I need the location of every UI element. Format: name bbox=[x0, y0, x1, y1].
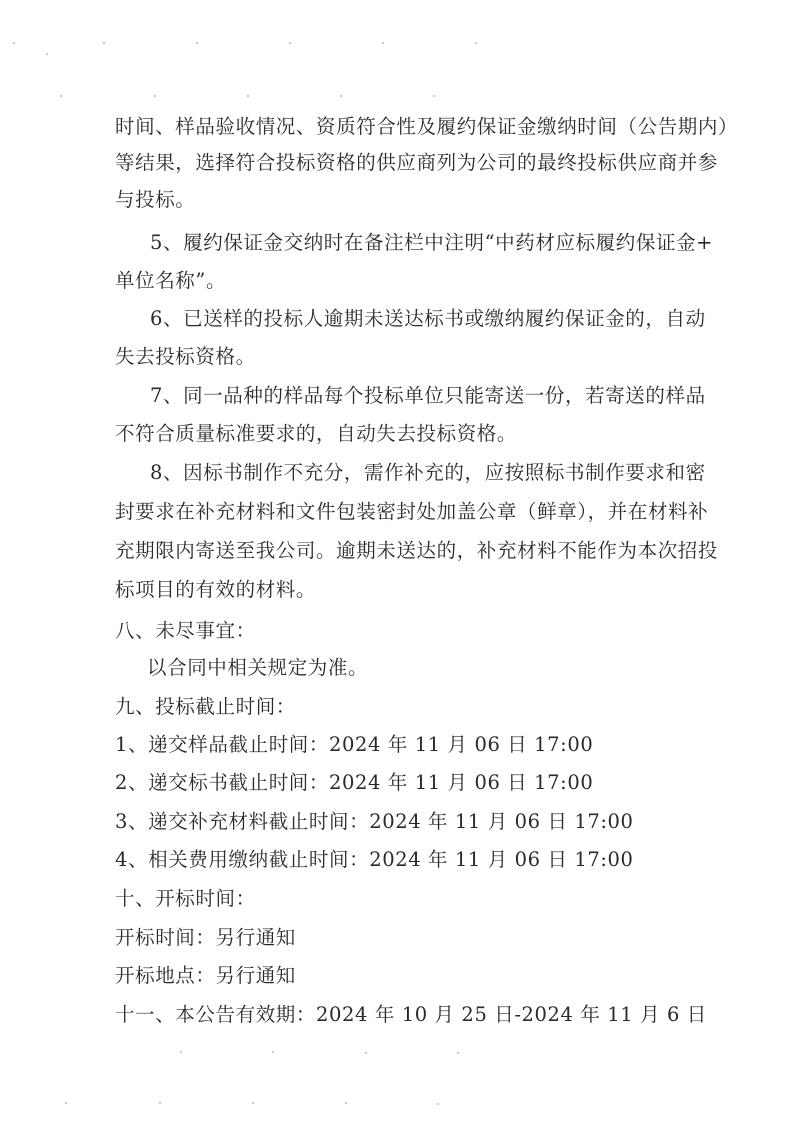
scan-speck bbox=[475, 42, 477, 44]
item-5-line-2: 单位名称”。 bbox=[115, 269, 675, 293]
item-8-line-4: 标项目的有效的材料。 bbox=[115, 578, 675, 602]
scan-speck bbox=[247, 95, 249, 97]
scan-speck bbox=[457, 1052, 459, 1054]
item-7-line-1: 7、同一品种的样品每个投标单位只能寄送一份，若寄送的样品 bbox=[150, 384, 675, 408]
item-8-line-1: 8、因标书制作不充分，需作补充的，应按照标书制作要求和密 bbox=[150, 461, 675, 485]
document-page: 时间、样品验收情况、资质符合性及履约保证金缴纳时间（公告期内） 等结果，选择符合… bbox=[0, 0, 793, 1122]
scan-speck bbox=[154, 95, 156, 97]
scan-speck bbox=[365, 1052, 367, 1054]
scan-speck bbox=[252, 1102, 254, 1104]
deadline-fees: 4、相关费用缴纳截止时间：2024 年 11 月 06 日 17:00 bbox=[115, 848, 675, 872]
scan-speck bbox=[13, 42, 15, 44]
scan-speck bbox=[180, 1051, 182, 1053]
scan-speck bbox=[437, 1103, 439, 1105]
section-11-validity-period: 十一、本公告有效期：2024 年 10 月 25 日-2024 年 11 月 6… bbox=[115, 1003, 675, 1027]
scan-speck bbox=[103, 42, 105, 44]
scan-speck bbox=[289, 42, 291, 44]
paragraph-continuation-line-1: 时间、样品验收情况、资质符合性及履约保证金缴纳时间（公告期内） bbox=[115, 115, 675, 139]
section-10-heading: 十、开标时间： bbox=[115, 887, 675, 911]
scan-speck bbox=[65, 1102, 67, 1104]
scan-speck bbox=[196, 42, 198, 44]
scan-speck bbox=[272, 1051, 274, 1053]
scan-speck bbox=[345, 1102, 347, 1104]
section-8-heading: 八、未尽事宜： bbox=[115, 619, 675, 643]
deadline-supplementary-materials: 3、递交补充材料截止时间：2024 年 11 月 06 日 17:00 bbox=[115, 810, 675, 834]
section-8-body: 以合同中相关规定为准。 bbox=[147, 656, 707, 680]
scan-speck bbox=[433, 95, 435, 97]
scan-speck bbox=[46, 53, 48, 55]
deadline-samples: 1、递交样品截止时间：2024 年 11 月 06 日 17:00 bbox=[115, 733, 675, 757]
scan-speck bbox=[159, 1102, 161, 1104]
item-6-line-2: 失去投标资格。 bbox=[115, 345, 675, 369]
item-7-line-2: 不符合质量标准要求的，自动失去投标资格。 bbox=[115, 422, 675, 446]
deadline-bid-documents: 2、递交标书截止时间：2024 年 11 月 06 日 17:00 bbox=[115, 771, 675, 795]
item-8-line-2: 封要求在补充材料和文件包装密封处加盖公章（鲜章），并在材料补 bbox=[115, 500, 675, 524]
item-6-line-1: 6、已送样的投标人逾期未送达标书或缴纳履约保证金的，自动 bbox=[150, 307, 675, 331]
scan-speck bbox=[340, 95, 342, 97]
scan-speck bbox=[60, 95, 62, 97]
scan-speck bbox=[382, 42, 384, 44]
paragraph-continuation-line-2: 等结果，选择符合投标资格的供应商列为公司的最终投标供应商并参 bbox=[115, 151, 675, 175]
paragraph-continuation-line-3: 与投标。 bbox=[115, 188, 675, 212]
item-8-line-3: 充期限内寄送至我公司。逾期未送达的，补充材料不能作为本次招投 bbox=[115, 539, 675, 563]
opening-time: 开标时间：另行通知 bbox=[115, 926, 675, 950]
item-5-line-1: 5、履约保证金交纳时在备注栏中注明“中药材应标履约保证金+ bbox=[150, 231, 675, 255]
section-9-heading: 九、投标截止时间： bbox=[115, 695, 675, 719]
opening-place: 开标地点：另行通知 bbox=[115, 964, 675, 988]
